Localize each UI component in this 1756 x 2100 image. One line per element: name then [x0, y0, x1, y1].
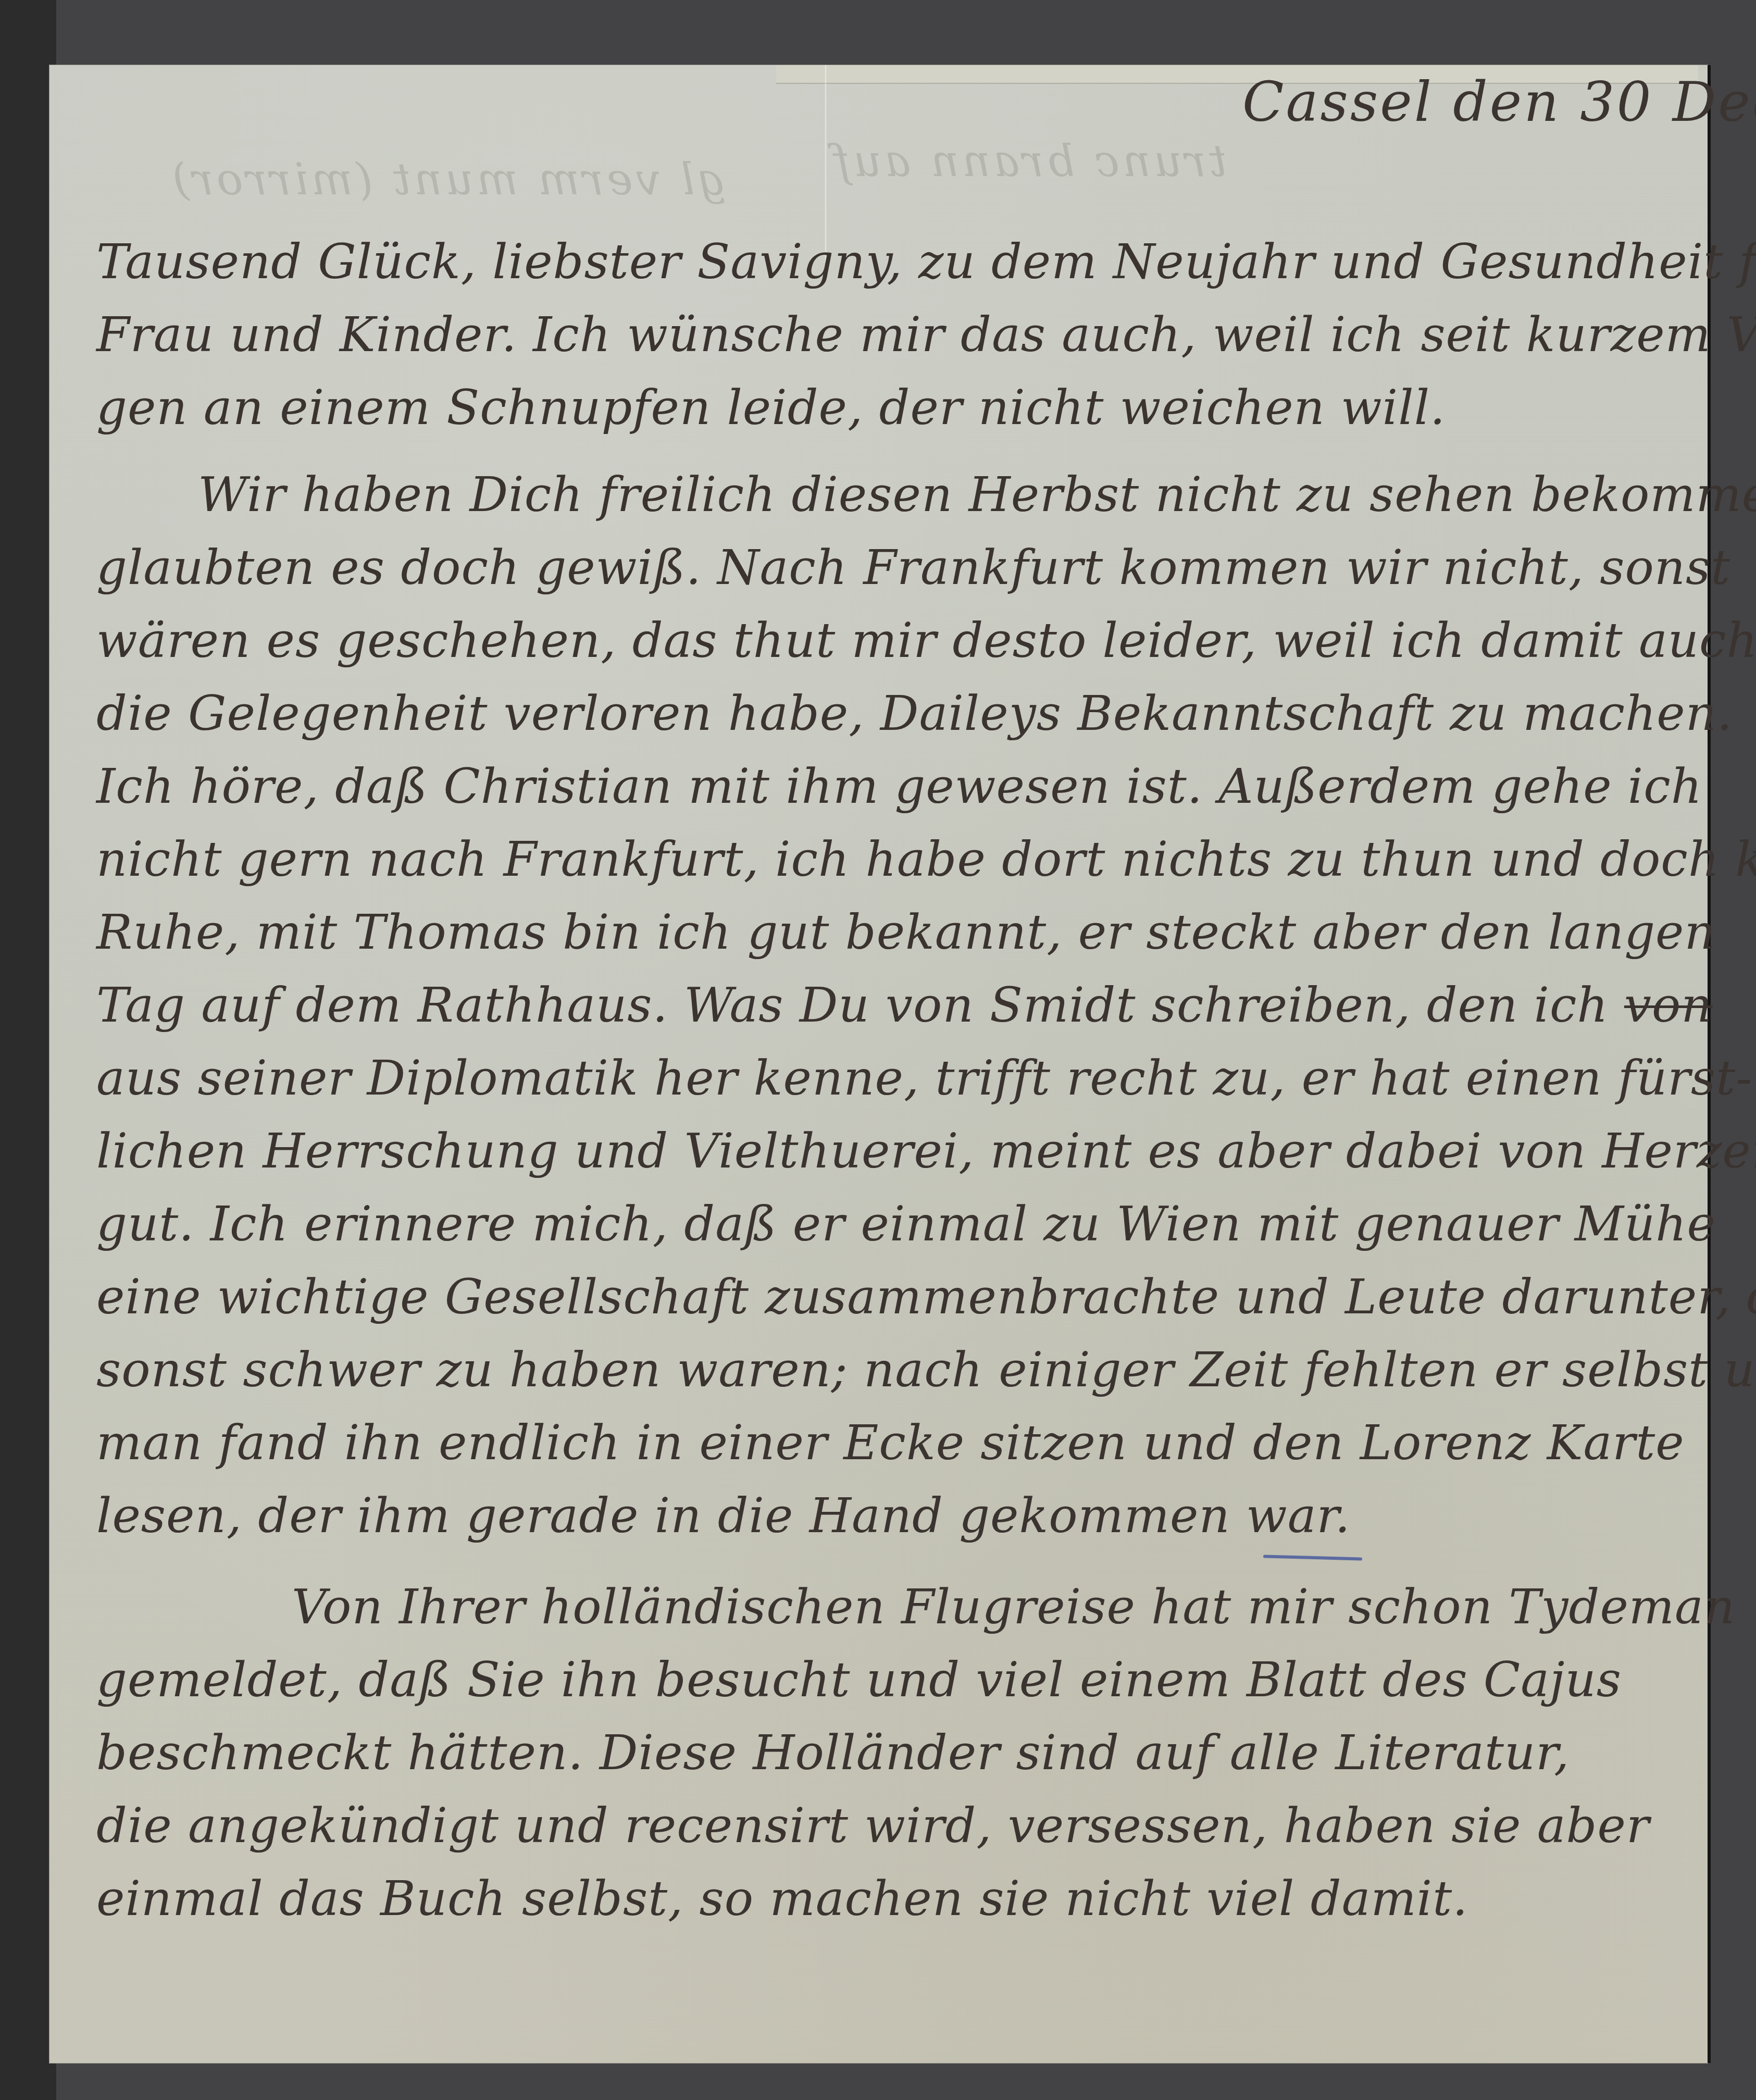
- letter-line: lichen Herrschung und Vielthuerei, meint…: [96, 1120, 1664, 1183]
- ink-bleed-through: gl verm munt (mirror): [169, 154, 726, 205]
- letter-line: Wir haben Dich freilich diesen Herbst ni…: [198, 464, 1664, 526]
- letter-line: lesen, der ihm gerade in die Hand gekomm…: [96, 1485, 1242, 1547]
- letter-sheet: gl verm munt (mirror) trunc brann auf Ca…: [49, 65, 1708, 2063]
- letter-line: sonst schwer zu haben waren; nach einige…: [96, 1339, 1664, 1401]
- letter-line: einmal das Buch selbst, so machen sie ni…: [96, 1868, 1503, 1930]
- letter-line: Ich höre, daß Christian mit ihm gewesen …: [96, 755, 1664, 818]
- letter-line: nicht gern nach Frankfurt, ich habe dort…: [96, 828, 1664, 891]
- letter-line: Frau und Kinder. Ich wünsche mir das auc…: [96, 304, 1664, 366]
- struck-out-word: von: [1624, 977, 1713, 1033]
- blue-pencil-underline: [1263, 1555, 1362, 1561]
- letter-line: Tausend Glück, liebster Savigny, zu dem …: [96, 231, 1664, 293]
- letter-line: man fand ihn endlich in einer Ecke sitze…: [96, 1412, 1664, 1474]
- letter-line: aus seiner Diplomatik her kenne, trifft …: [96, 1047, 1664, 1110]
- letter-line: gen an einem Schnupfen leide, der nicht …: [96, 377, 1664, 439]
- letter-line: wären es geschehen, das thut mir desto l…: [96, 610, 1664, 672]
- letter-line: die angekündigt und recensirt wird, vers…: [96, 1795, 1664, 1857]
- mount-background-shadow: [0, 0, 56, 2100]
- ink-bleed-through: trunc brann auf: [831, 135, 1227, 187]
- letter-line: eine wichtige Gesellschaft zusammenbrach…: [96, 1266, 1664, 1328]
- letter-line: Ruhe, mit Thomas bin ich gut bekannt, er…: [96, 901, 1664, 964]
- letter-line: Tag auf dem Rathhaus. Was Du von Smidt s…: [96, 974, 1503, 1037]
- letter-line: glaubten es doch gewiß. Nach Frankfurt k…: [96, 537, 1664, 599]
- place-date-heading: Cassel den 30 Dec 1818: [1242, 70, 1756, 134]
- line-text: Tag auf dem Rathhaus. Was Du von Smidt s…: [96, 977, 1609, 1033]
- letter-line: beschmeckt hätten. Diese Holländer sind …: [96, 1722, 1664, 1784]
- letter-line: gut. Ich erinnere mich, daß er einmal zu…: [96, 1193, 1664, 1256]
- letter-line: Von Ihrer holländischen Flugreise hat mi…: [292, 1576, 1657, 1638]
- letter-line: die Gelegenheit verloren habe, Daileys B…: [96, 682, 1664, 745]
- letter-line: gemeldet, daß Sie ihn besucht und viel e…: [96, 1649, 1664, 1711]
